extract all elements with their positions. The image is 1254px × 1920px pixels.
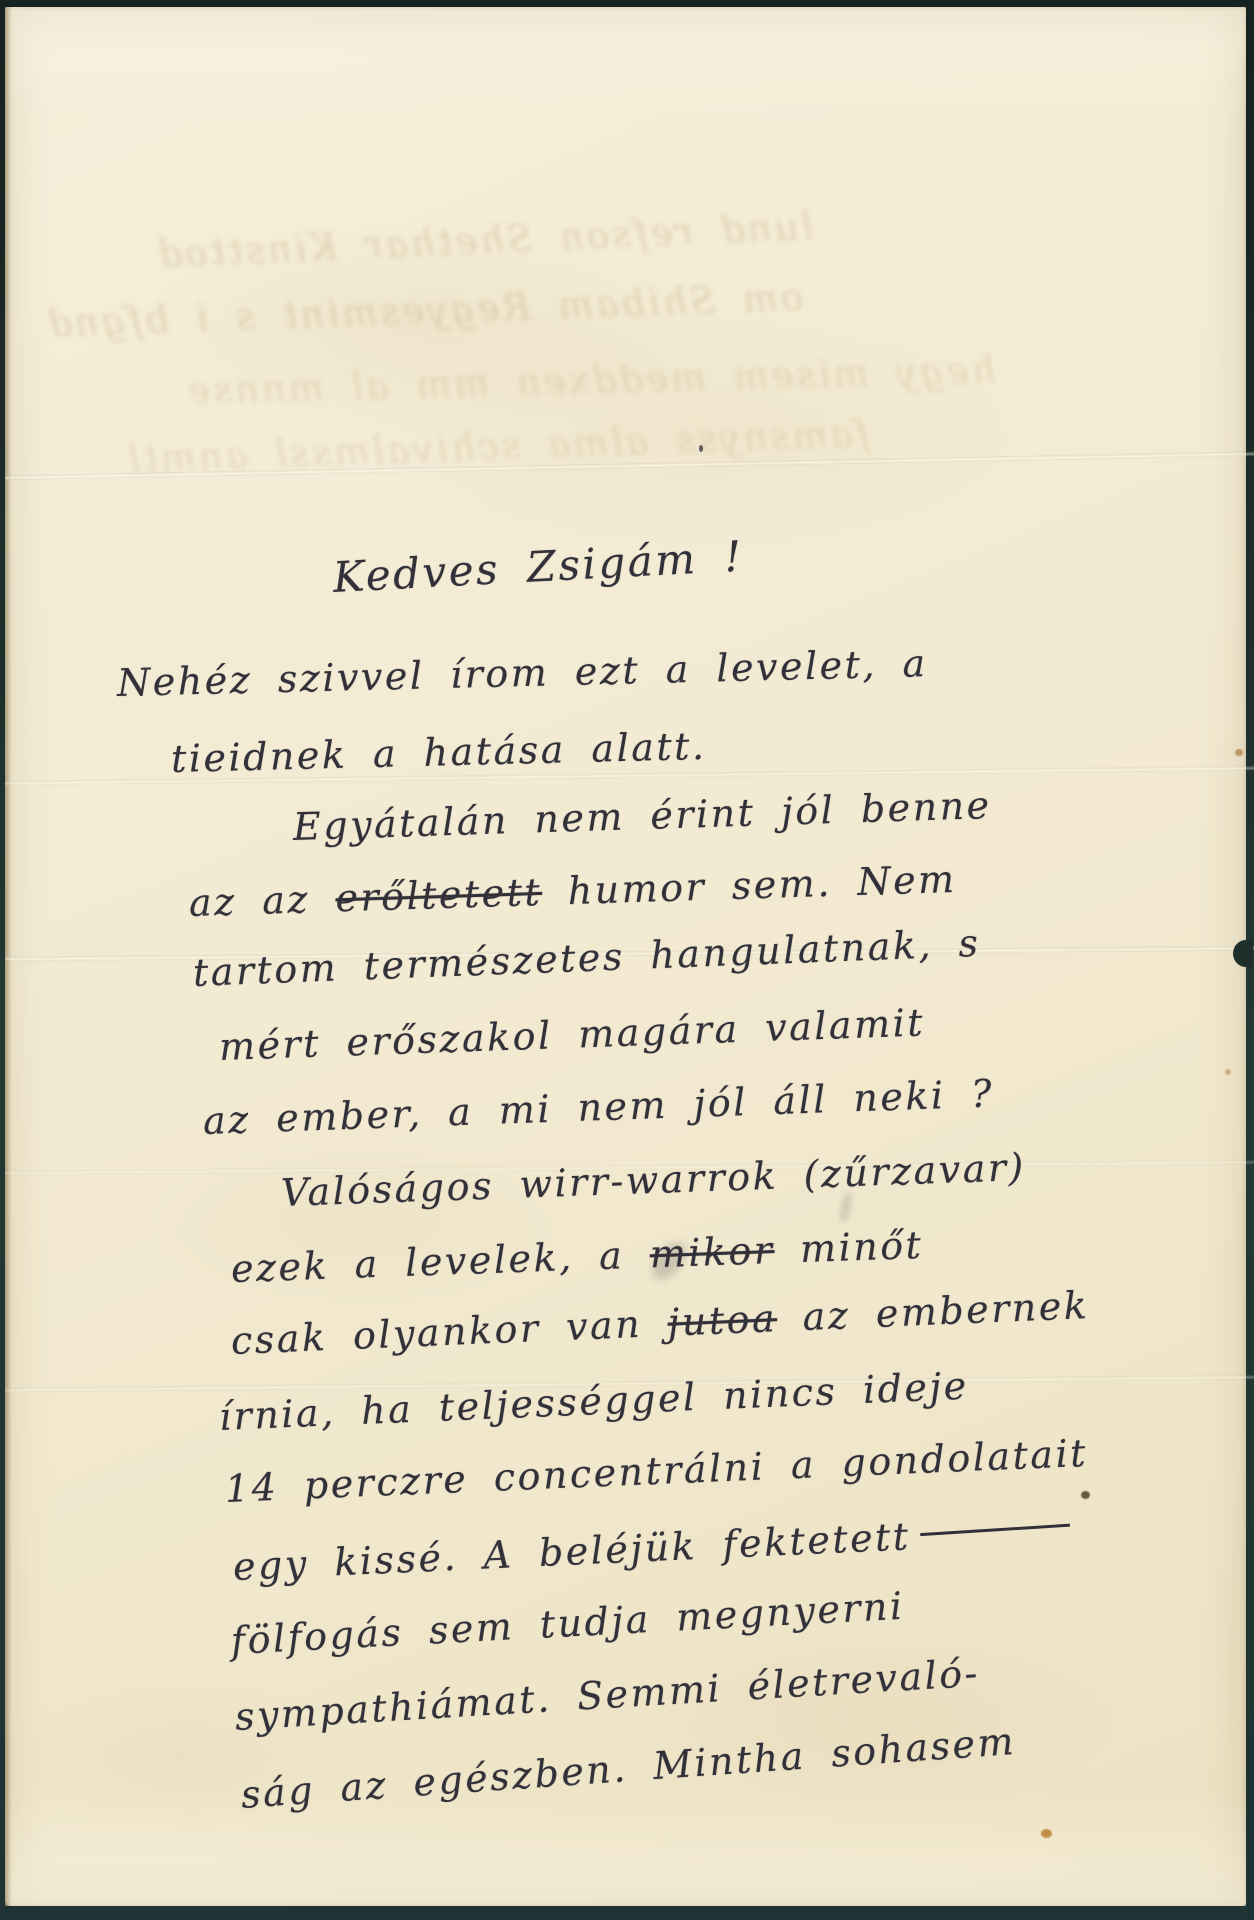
handwritten-line: tartom természetes hangulatnak, s: [192, 921, 981, 995]
line-text: 14 perczre concentrálni a gondolatait: [224, 1431, 1089, 1511]
paper-stain: [1081, 1491, 1090, 1499]
line-text: ság az egészben. Mintha sohasem: [239, 1719, 1017, 1817]
scanned-letter: lund refson Shethar Kinsttod om Shibam R…: [0, 0, 1254, 1920]
line-text: írnia, ha teljességgel nincs ideje: [218, 1364, 969, 1439]
bleedthrough-line: famsnyss alma schivalmssl anmtl: [124, 412, 870, 481]
line-text: humor sem. Nem: [541, 857, 957, 914]
handwritten-line: ság az egészben. Mintha sohasem: [239, 1719, 1017, 1817]
salutation: Kedves Zsigám !: [332, 532, 745, 602]
struck-word: jutoa: [667, 1296, 778, 1345]
line-text: tartom természetes hangulatnak, s: [192, 921, 981, 995]
handwritten-line: Egyátalán nem érint jól benne: [292, 783, 992, 849]
page-edge-shadow: [5, 7, 12, 1906]
line-text: Egyátalán nem érint jól benne: [292, 783, 992, 849]
struck-word: mikor: [649, 1228, 775, 1276]
letter-page: lund refson Shethar Kinsttod om Shibam R…: [5, 7, 1246, 1906]
struck-word: erőltetett: [335, 870, 543, 920]
handwritten-line: az ember, a mi nem jól áll neki ?: [202, 1071, 994, 1143]
handwritten-line: 14 perczre concentrálni a gondolatait: [224, 1431, 1089, 1511]
bleedthrough-line: lund refson Shethar Kinsttod: [154, 205, 814, 277]
pen-stroke: [920, 1524, 1070, 1536]
handwritten-line: csak olyankor van jutoa az embernek: [230, 1283, 1090, 1363]
bleedthrough-line: om Shibam Regyesmint s i bfgnd: [44, 276, 803, 345]
bleedthrough-line: hegy misem meddxen mm al mnnse: [185, 348, 997, 412]
handwritten-line: az az erőltetett humor sem. Nem: [188, 857, 957, 925]
line-text: az ember, a mi nem jól áll neki ?: [202, 1071, 994, 1143]
handwritten-line: Valóságos wirr-warrok (zűrzavar): [280, 1145, 1026, 1215]
paper-stain: [1235, 749, 1243, 756]
line-text: Nehéz szivvel írom ezt a levelet, a: [116, 641, 928, 705]
handwritten-line: mért erőszakol magára valamit: [218, 1000, 925, 1069]
line-text: minőt: [774, 1223, 924, 1272]
paper-stain: [1041, 1829, 1052, 1838]
edge-tear-notch: [1233, 940, 1253, 967]
handwritten-line: egy kissé. A beléjük fektetett: [232, 1507, 1071, 1589]
handwritten-line: sympathiámat. Semmi életrevaló-: [234, 1651, 981, 1739]
line-text: Valóságos wirr-warrok (zűrzavar): [280, 1145, 1026, 1215]
line-text: az az: [188, 876, 336, 925]
handwritten-line: tieidnek a hatása alatt.: [170, 724, 706, 781]
line-text: az embernek: [776, 1283, 1090, 1340]
handwritten-line: Nehéz szivvel írom ezt a levelet, a: [116, 641, 928, 705]
line-text: ezek a levelek, a: [230, 1232, 650, 1291]
line-text: mért erőszakol magára valamit: [218, 1000, 925, 1069]
line-text: sympathiámat. Semmi életrevaló-: [234, 1651, 981, 1739]
line-text: fölfogás sem tudja megnyerni: [230, 1584, 906, 1663]
handwritten-line: ezek a levelek, a mikor minőt: [230, 1223, 924, 1291]
line-text: csak olyankor van: [230, 1301, 668, 1363]
handwritten-line: írnia, ha teljességgel nincs ideje: [218, 1364, 969, 1439]
line-text: egy kissé. A beléjük fektetett: [232, 1514, 911, 1589]
line-text: tieidnek a hatása alatt.: [170, 724, 706, 781]
paper-stain: [1225, 1069, 1231, 1075]
handwritten-line: fölfogás sem tudja megnyerni: [230, 1584, 906, 1663]
